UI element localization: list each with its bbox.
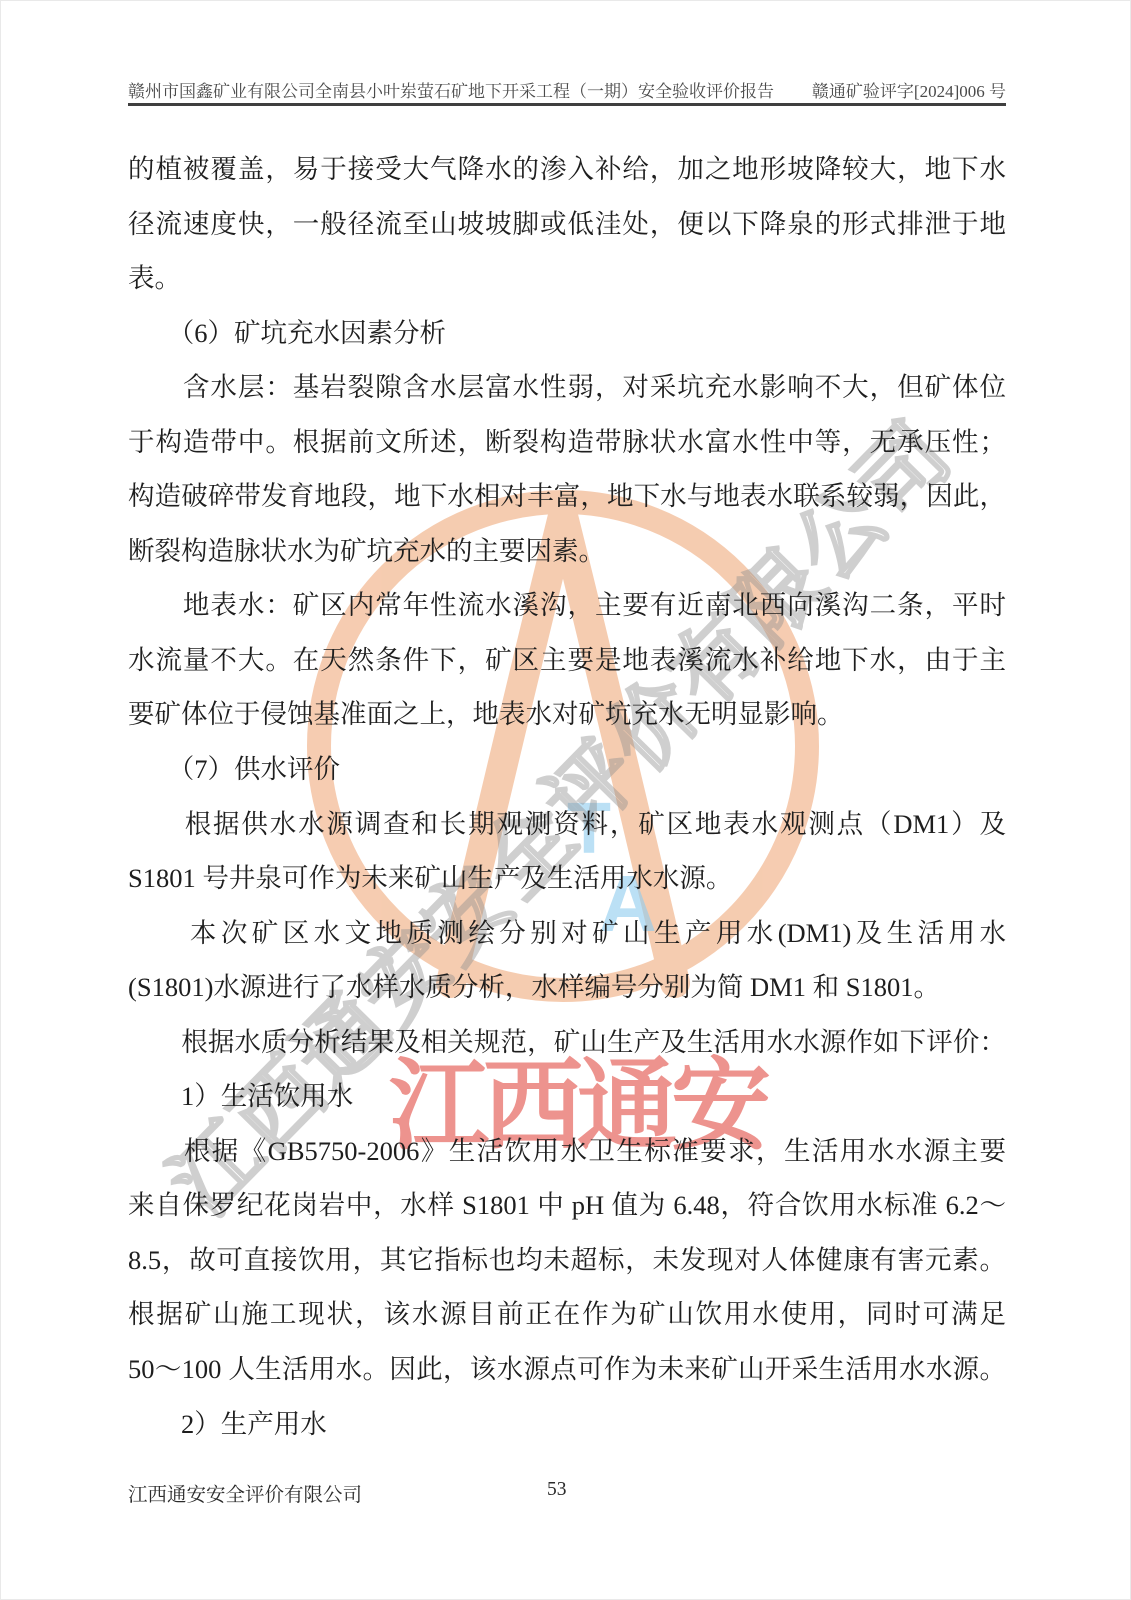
- footer-company-name: 江西通安安全评价有限公司: [128, 1479, 362, 1507]
- body-line: 于构造带中。根据前文所述，断裂构造带脉状水富水性中等，无承压性；: [128, 415, 1006, 470]
- body-line: 表。: [128, 251, 1006, 306]
- body-line: 本次矿区水文地质测绘分别对矿山生产用水(DM1)及生活用水: [128, 906, 1006, 961]
- body-line: 水流量不大。在天然条件下，矿区主要是地表溪流水补给地下水，由于主: [128, 633, 1006, 688]
- body-line: 根据《GB5750-2006》生活饮用水卫生标准要求，生活用水水源主要: [128, 1124, 1006, 1179]
- body-line: 来自侏罗纪花岗岩中，水样 S1801 中 pH 值为 6.48，符合饮用水标准 …: [128, 1178, 1006, 1233]
- body-line: 地表水：矿区内常年性流水溪沟，主要有近南北西向溪沟二条，平时: [128, 578, 1006, 633]
- body-line: 的植被覆盖，易于接受大气降水的渗入补给，加之地形坡降较大，地下水: [128, 142, 1006, 197]
- body-line: 1）生活饮用水: [128, 1069, 1006, 1124]
- body-line: 构造破碎带发育地段，地下水相对丰富，地下水与地表水联系较弱，因此，: [128, 469, 1006, 524]
- body-line: 径流速度快，一般径流至山坡坡脚或低洼处，便以下降泉的形式排泄于地: [128, 197, 1006, 252]
- body-line: （7）供水评价: [128, 742, 1006, 797]
- body-line: 2）生产用水: [128, 1397, 1006, 1452]
- body-line: (S1801)水源进行了水样水质分析，水样编号分别为简 DM1 和 S1801。: [128, 960, 1006, 1015]
- document-page: T A 江西通安安全评价有限公司 江西通安 赣州市国鑫矿业有限公司全南县小叶岽萤…: [0, 0, 1131, 1600]
- body-line: （6）矿坑充水因素分析: [128, 306, 1006, 361]
- page-header: 赣州市国鑫矿业有限公司全南县小叶岽萤石矿地下开采工程（一期）安全验收评价报告 赣…: [128, 77, 1006, 106]
- body-line: 断裂构造脉状水为矿坑充水的主要因素。: [128, 524, 1006, 579]
- body-line: 要矿体位于侵蚀基准面之上，地表水对矿坑充水无明显影响。: [128, 687, 1006, 742]
- body-line: 根据水质分析结果及相关规范，矿山生产及生活用水水源作如下评价：: [128, 1015, 1006, 1070]
- body-line: 含水层：基岩裂隙含水层富水性弱，对采坑充水影响不大，但矿体位: [128, 360, 1006, 415]
- body-line: 8.5，故可直接饮用，其它指标也均未超标，未发现对人体健康有害元素。: [128, 1233, 1006, 1288]
- body-line: 根据矿山施工现状，该水源目前正在作为矿山饮用水使用，同时可满足: [128, 1287, 1006, 1342]
- header-report-title: 赣州市国鑫矿业有限公司全南县小叶岽萤石矿地下开采工程（一期）安全验收评价报告: [128, 77, 774, 102]
- body-text: 的植被覆盖，易于接受大气降水的渗入补给，加之地形坡降较大，地下水 径流速度快，一…: [128, 142, 1006, 1451]
- body-line: 根据供水水源调查和长期观测资料，矿区地表水观测点（DM1）及: [128, 797, 1006, 852]
- header-document-number: 赣通矿验评字[2024]006 号: [812, 77, 1006, 102]
- page-number: 53: [547, 1479, 567, 1501]
- body-line: 50～100 人生活用水。因此，该水源点可作为未来矿山开采生活用水水源。: [128, 1342, 1006, 1397]
- body-line: S1801 号井泉可作为未来矿山生产及生活用水水源。: [128, 851, 1006, 906]
